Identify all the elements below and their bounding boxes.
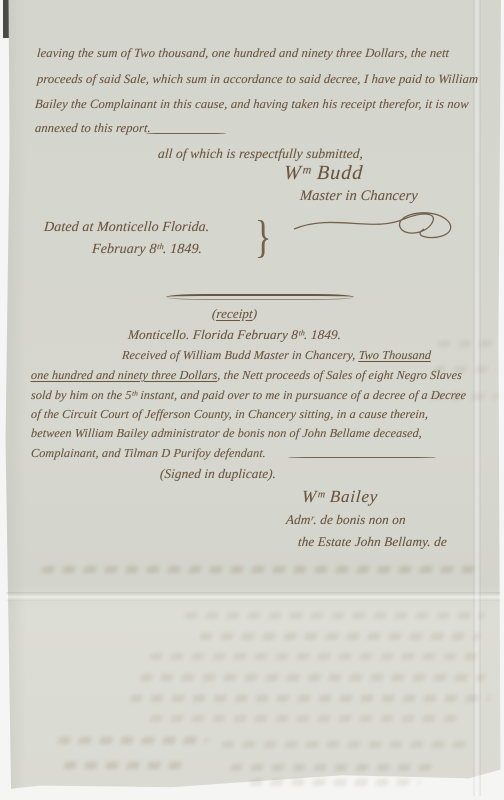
bleed-through-line xyxy=(229,764,440,771)
bleed-through-line xyxy=(221,741,472,748)
report-line: leaving the sum of Two thousand, one hun… xyxy=(36,46,449,61)
bleed-through-line xyxy=(149,715,460,722)
receipt-line: sold by him on the 5ᵗʰ instant, and paid… xyxy=(30,388,466,403)
scanned-document: leaving the sum of Two thousand, one hun… xyxy=(0,0,504,800)
receipt-place-date: Monticello. Florida February 8ᵗʰ. 1849. xyxy=(127,327,341,343)
signature-flourish xyxy=(292,203,462,245)
receipt-line: between William Bailey administrator de … xyxy=(30,426,422,441)
section-divider-rule xyxy=(166,294,354,300)
report-line: annexed to this report. xyxy=(34,121,151,136)
receipt-line: one hundred and ninety three Dollars, th… xyxy=(30,368,462,383)
bleed-through-line xyxy=(139,674,485,681)
dateline-date: February 8ᵗʰ. 1849. xyxy=(91,242,202,258)
report-closing: all of which is respectfully submitted, xyxy=(157,146,363,162)
bleed-through-line xyxy=(129,695,490,702)
dateline-place: Dated at Monticello Florida. xyxy=(43,220,209,236)
receipt-line: Complainant, and Tilman D Purifoy defend… xyxy=(30,446,266,461)
receipt-line: of the Circuit Court of Jefferson County… xyxy=(30,407,428,422)
bleed-through-line xyxy=(249,779,420,786)
bailey-signature-role: the Estate John Bellamy. de xyxy=(297,534,447,550)
bleed-through-line xyxy=(63,762,184,769)
bailey-signature-role: Admʳ. de bonis non on xyxy=(285,512,406,528)
receipt-line2-rest: , the Nett proceeds of Sales of eight Ne… xyxy=(217,368,462,382)
bleed-through-line xyxy=(184,612,485,619)
horizontal-fold-crease xyxy=(6,592,500,601)
receipt-amount-underlined: Two Thousand xyxy=(358,348,431,362)
receipt-amount-underlined: one hundred and ninety three Dollars xyxy=(31,368,218,382)
bleed-through-line xyxy=(199,633,480,640)
report-line: Bailey the Complainant in this cause, an… xyxy=(34,97,469,112)
receipt-line1-prefix: Received of William Budd Master in Chanc… xyxy=(122,348,360,362)
receipt-heading-word: receipt xyxy=(216,306,253,321)
ink-rule xyxy=(288,457,436,458)
receipt-heading: (receipt) xyxy=(211,306,257,322)
dateline-brace: } xyxy=(255,214,272,260)
budd-signature: Wᵐ Budd xyxy=(283,162,364,185)
ink-rule xyxy=(146,133,226,134)
bleed-through-line xyxy=(57,737,208,744)
report-line: proceeds of said Sale, which sum in acco… xyxy=(36,72,478,87)
bleed-through-line xyxy=(437,340,496,347)
bleed-through-line xyxy=(149,653,485,660)
signed-duplicate-note: (Signed in duplicate). xyxy=(159,466,276,482)
bleed-through-line xyxy=(41,566,478,573)
receipt-line: Received of William Budd Master in Chanc… xyxy=(121,348,431,363)
bailey-signature: Wᵐ Bailey xyxy=(301,487,379,507)
